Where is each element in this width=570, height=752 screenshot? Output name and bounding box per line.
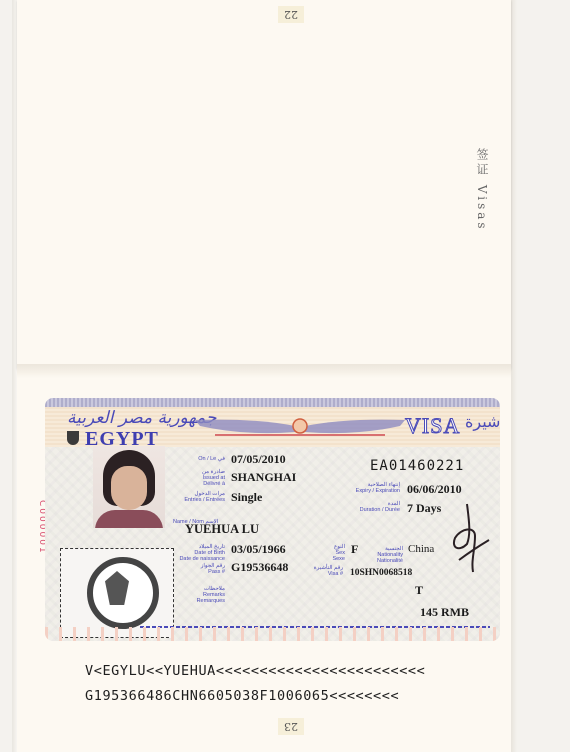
visa-title: VISA <box>405 413 460 439</box>
dob-value: 03/05/1966 <box>231 542 286 557</box>
passport-no-value: G19536648 <box>231 560 288 575</box>
shield-icon <box>67 431 79 445</box>
visa-no-value: 10SHN0068518 <box>350 568 412 578</box>
guilloche-border <box>45 627 500 641</box>
remarks-label: ملاحظات Remarks Remarques <box>165 586 225 604</box>
visa-type-value: T <box>415 583 423 598</box>
holder-photo <box>93 446 165 528</box>
duration-value: 7 Days <box>407 501 441 516</box>
issued-at-label: صادرة من Issued at Délivré à <box>165 469 225 487</box>
security-band <box>45 398 500 407</box>
passport-page-edge-right <box>511 0 517 752</box>
fee-value: 145 RMB <box>420 605 469 620</box>
page-number-bottom: 23 <box>278 718 304 735</box>
visa-title-arabic: تأشيرة <box>465 412 500 431</box>
visa-number: EA01460221 <box>370 458 464 474</box>
passport-spine-fold <box>17 364 511 378</box>
duration-label: المدة Duration / Durée <box>335 501 400 513</box>
mrz-line-1: V<EGYLU<<YUEHUA<<<<<<<<<<<<<<<<<<<<<<<< <box>85 663 425 679</box>
passport-no-label: رقم الجواز Pass # <box>165 563 225 575</box>
visas-page-label: 签证 Visas <box>474 148 491 232</box>
issue-date: 07/05/2010 <box>231 452 286 467</box>
on-label: On / Le في <box>165 456 225 462</box>
winged-sun-icon <box>195 414 405 438</box>
visa-no-label: رقم التأشيرة Visa # <box>303 565 343 577</box>
issued-at-value: SHANGHAI <box>231 470 296 485</box>
entries-label: مرات الدخول Entries / Entrées <box>165 491 225 503</box>
consul-signature <box>445 500 495 580</box>
holder-name: YUEHUA LU <box>185 522 259 537</box>
nationality-value: China <box>408 543 434 555</box>
page-number-top: 22 <box>278 6 304 23</box>
mrz-line-2: G195366486CHN6605038F1006065<<<<<<<< <box>85 688 399 704</box>
eagle-emblem-icon <box>60 548 174 638</box>
nationality-label: الجنسية Nationality Nationalité <box>353 546 403 564</box>
passport-page-22 <box>17 0 511 372</box>
expiry-label: إنتهاء الصلاحية Expiry / Expiration <box>335 482 400 494</box>
dob-label: تاريخ الميلاد Date of Birth Date de nais… <box>165 544 225 562</box>
egypt-visa-sticker: جمهورية مصر العربية EGYPT VISA تأشيرة On… <box>45 398 500 641</box>
entries-value: Single <box>231 490 262 505</box>
expiry-value: 06/06/2010 <box>407 482 462 497</box>
sex-label: النوع Sex Sexe <box>310 544 345 562</box>
